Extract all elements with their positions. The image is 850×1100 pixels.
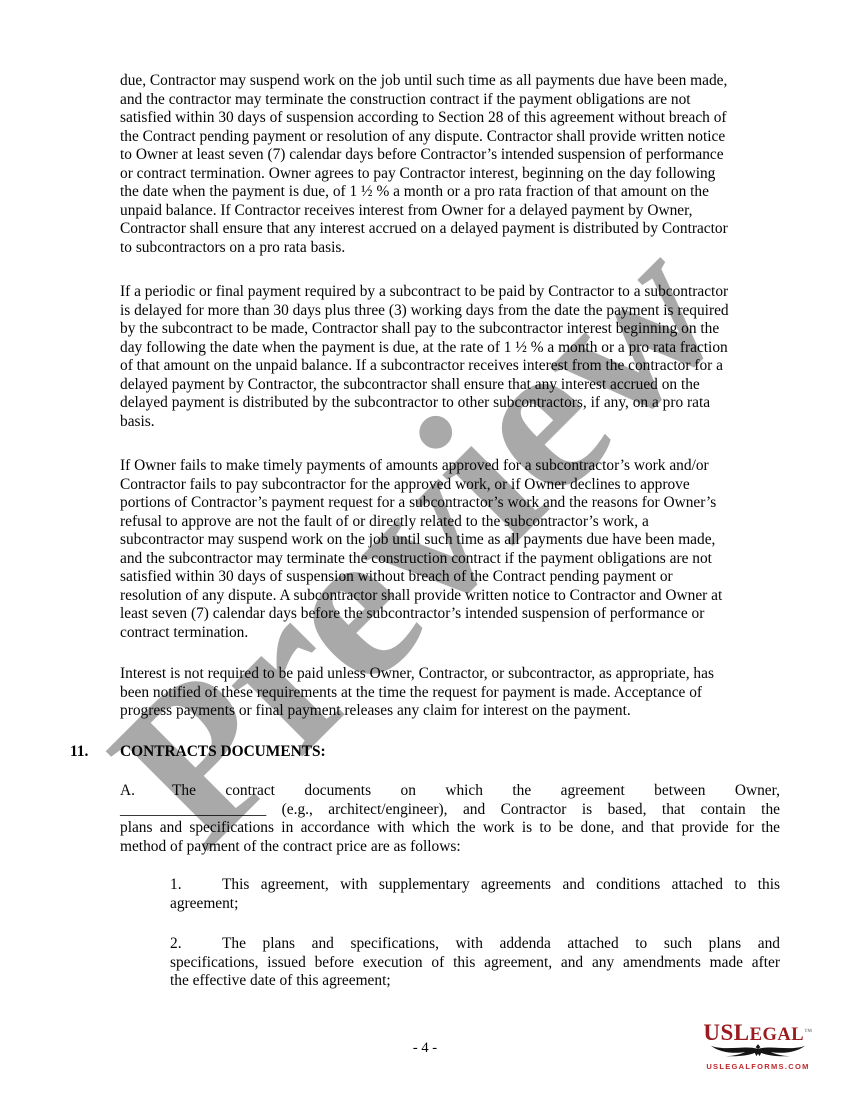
text-line: of that amount on the unpaid balance. If… xyxy=(120,357,780,376)
section-title: CONTRACTS DOCUMENTS: xyxy=(120,743,326,760)
uslegal-wordmark-small: EGAL xyxy=(750,1025,804,1045)
text-line: refusal to approve are not the fault of … xyxy=(120,513,780,532)
uslegal-logo: USLEGAL™ USLEGALFORMS.COM xyxy=(696,1022,820,1077)
text-line: The plans and specifications, with adden… xyxy=(170,935,780,954)
text-line: portions of Contractor’s payment request… xyxy=(120,494,780,513)
uslegal-wordmark-large: USL xyxy=(703,1020,749,1045)
text-line: progress payments or final payment relea… xyxy=(120,702,780,721)
text-line: method of payment of the contract price … xyxy=(120,838,780,857)
paragraph-interest-notice: Interest is not required to be paid unle… xyxy=(120,665,780,721)
text-line: agreement; xyxy=(170,895,780,914)
item-1-lines: This agreement, with supplementary agree… xyxy=(170,876,780,913)
text-line: specifications, issued before execution … xyxy=(170,954,780,973)
list-item: 1. This agreement, with supplementary ag… xyxy=(170,876,780,913)
text-line: Contractor fails to pay subcontractor fo… xyxy=(120,476,780,495)
clause-a-lines: The contract documents on which the agre… xyxy=(120,782,780,856)
text-line: delayed payment by Contractor, the subco… xyxy=(120,376,780,395)
item-2-lines: The plans and specifications, with adden… xyxy=(170,935,780,991)
text-line: least seven (7) calendar days before the… xyxy=(120,605,780,624)
text-line: to Owner at least seven (7) calendar day… xyxy=(120,146,780,165)
text-line: unpaid balance. If Contractor receives i… xyxy=(120,202,780,221)
text-line: Contractor shall ensure that any interes… xyxy=(120,220,780,239)
paragraph-owner-failure: If Owner fails to make timely payments o… xyxy=(120,457,780,642)
uslegal-site-text: USLEGALFORMS.COM xyxy=(696,1058,820,1077)
text-line: subcontractor may suspend work on the jo… xyxy=(120,531,780,550)
text-line: contract termination. xyxy=(120,624,780,643)
text-line: satisfied within 30 days of suspension a… xyxy=(120,109,780,128)
text-line: This agreement, with supplementary agree… xyxy=(170,876,780,895)
text-line: or contract termination. Owner agrees to… xyxy=(120,165,780,184)
trademark-symbol: ™ xyxy=(804,1027,813,1036)
clause-a: A. The contract documents on which the a… xyxy=(120,782,780,856)
text-line: resolution of any dispute. A subcontract… xyxy=(120,587,780,606)
text-line: basis. xyxy=(120,413,780,432)
document-page: Preview due, Contractor may suspend work… xyxy=(0,0,850,1100)
uslegal-wordmark: USLEGAL™ xyxy=(696,1022,820,1046)
item-2-number: 2. xyxy=(170,935,182,954)
text-line: due, Contractor may suspend work on the … xyxy=(120,72,780,91)
text-line: satisfied within 30 days of suspension w… xyxy=(120,568,780,587)
text-line: plans and specifications in accordance w… xyxy=(120,819,780,838)
section-number: 11. xyxy=(70,743,120,762)
paragraph-payment-suspension: due, Contractor may suspend work on the … xyxy=(120,72,780,257)
text-line: the effective date of this agreement; xyxy=(170,972,780,991)
text-line: The contract documents on which the agre… xyxy=(120,782,780,801)
clause-a-label: A. xyxy=(120,782,135,801)
document-body: due, Contractor may suspend work on the … xyxy=(0,0,850,991)
text-line: day following the date when the payment … xyxy=(120,339,780,358)
text-line: If Owner fails to make timely payments o… xyxy=(120,457,780,476)
section-heading: 11.CONTRACTS DOCUMENTS: xyxy=(70,743,780,762)
item-1-number: 1. xyxy=(170,876,182,895)
text-line: and the contractor may terminate the con… xyxy=(120,91,780,110)
text-line: ___________________ (e.g., architect/eng… xyxy=(120,801,780,820)
text-line: If a periodic or final payment required … xyxy=(120,283,780,302)
text-line: delayed payment is distributed by the su… xyxy=(120,394,780,413)
text-line: is delayed for more than 30 days plus th… xyxy=(120,302,780,321)
text-line: and the subcontractor may terminate the … xyxy=(120,550,780,569)
text-line: Interest is not required to be paid unle… xyxy=(120,665,780,684)
paragraph-subcontractor-interest: If a periodic or final payment required … xyxy=(120,283,780,431)
text-line: by the subcontract to be made, Contracto… xyxy=(120,320,780,339)
text-line: the date when the payment is due, of 1 ½… xyxy=(120,183,780,202)
text-line: to subcontractors on a pro rata basis. xyxy=(120,239,780,258)
list-item: 2. The plans and specifications, with ad… xyxy=(170,935,780,991)
text-line: the Contract pending payment or resoluti… xyxy=(120,128,780,147)
text-line: been notified of these requirements at t… xyxy=(120,684,780,703)
